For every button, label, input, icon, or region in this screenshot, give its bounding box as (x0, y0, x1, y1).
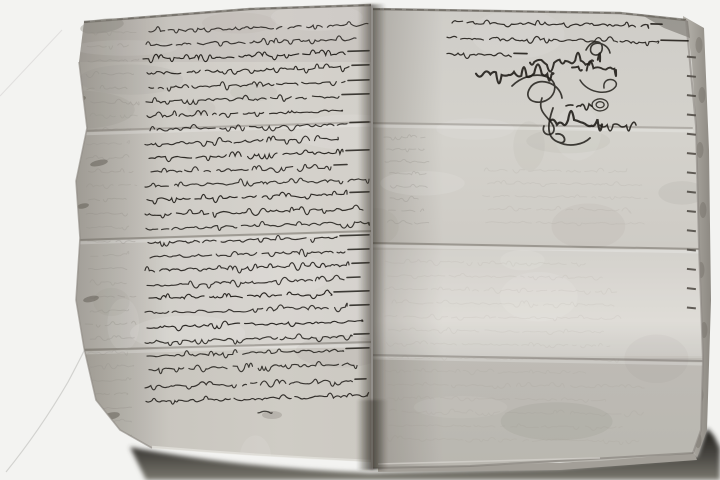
right-page (354, 5, 706, 470)
paper-mottle (93, 288, 129, 316)
line-end-rule (334, 165, 347, 166)
paper-mottle (551, 204, 625, 249)
paper-mottle (414, 396, 508, 418)
center-gutter-shadow (356, 4, 388, 470)
paper-mottle (471, 10, 564, 59)
paper-mottle (554, 106, 601, 160)
paper-mottle (500, 272, 578, 321)
deckle-blotch (696, 37, 703, 53)
photo-stage: handwritten notarial manuscript, photogr… (0, 0, 720, 480)
paper-mottle (501, 402, 613, 440)
paper-mottle (500, 250, 544, 270)
paper-mottle (73, 40, 177, 56)
manuscript-photo: handwritten notarial manuscript, photogr… (0, 0, 720, 480)
line-end-rule (661, 40, 688, 41)
deckle-blotch (699, 87, 706, 103)
paper-mottle (240, 254, 332, 294)
deckle-blotch (700, 202, 707, 218)
